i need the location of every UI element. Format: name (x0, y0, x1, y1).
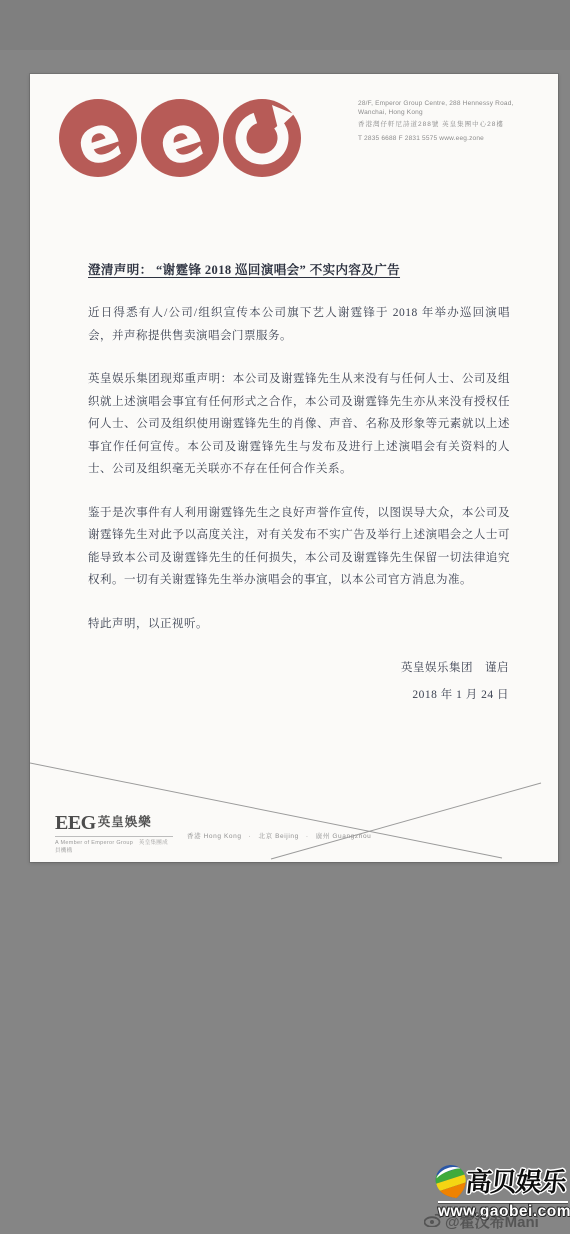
gaobei-logo-icon (434, 1164, 468, 1207)
paragraph: 英皇娱乐集团现郑重声明：本公司及谢霆锋先生从来没有与任何人士、公司及组织就上述演… (88, 368, 510, 481)
paragraph: 近日得悉有人/公司/组织宣传本公司旗下艺人谢霆锋于 2018 年举办巡回演唱会，… (88, 302, 510, 347)
letterhead-address: 28/F, Emperor Group Centre, 288 Hennessy… (358, 100, 538, 143)
letter-document: e e 28/F, Emperor Group Centre, 288 Henn… (30, 74, 558, 862)
statement-body: 近日得悉有人/公司/组织宣传本公司旗下艺人谢霆锋于 2018 年举办巡回演唱会，… (88, 302, 510, 656)
footer-eeg-wordmark: EEG英皇娛樂 A Member of Emperor Group 英皇集團成員… (55, 812, 173, 854)
gaobei-url-text: www.gaobei.com (438, 1203, 570, 1221)
gaobei-brand-text: 高贝娱乐 (464, 1162, 570, 1199)
footer-logo-latin: EEG (55, 812, 96, 834)
address-line: 28/F, Emperor Group Centre, 288 Hennessy… (358, 100, 538, 109)
watermark-divider (438, 1201, 568, 1203)
eeg-circle-g-arrow-icon (222, 98, 302, 178)
statement-title: 澄清声明： “谢霆锋 2018 巡回演唱会” 不实内容及广告 (88, 260, 510, 278)
background-top-band (0, 0, 570, 50)
address-line: Wanchai, Hong Kong (358, 109, 538, 118)
address-line-cjk: 香港灣仔軒尼詩道288號 英皇集團中心28樓 (358, 121, 538, 130)
paragraph: 特此声明，以正视听。 (88, 613, 510, 636)
eeg-logo: e e (58, 98, 302, 178)
signature-line: 英皇娱乐集团 谨启 (88, 655, 509, 682)
address-line-contact: T 2835 6688 F 2831 5575 www.eeg.zone (358, 135, 538, 144)
signature-block: 英皇娱乐集团 谨启 2018 年 1 月 24 日 (88, 655, 509, 709)
footer-logo-subtext: A Member of Emperor Group 英皇集團成員機構 (55, 836, 173, 854)
footer-logo-cjk: 英皇娛樂 (98, 815, 152, 829)
paragraph: 鉴于是次事件有人利用谢霆锋先生之良好声誉作宣传，以图误导大众，本公司及谢霆锋先生… (88, 502, 510, 592)
weibo-icon (424, 1212, 442, 1231)
screenshot-root: { "page": { "background_color": "#858585… (0, 0, 570, 1234)
eeg-circle-e-icon: e (58, 98, 138, 178)
weibo-handle-text: @霍汶希Mani (445, 1211, 539, 1232)
eeg-circle-e-icon: e (140, 98, 220, 178)
footer-cities: 香港 Hong Kong · 北京 Beijing · 廣州 Guangzhou (187, 831, 371, 840)
date-line: 2018 年 1 月 24 日 (88, 682, 509, 709)
